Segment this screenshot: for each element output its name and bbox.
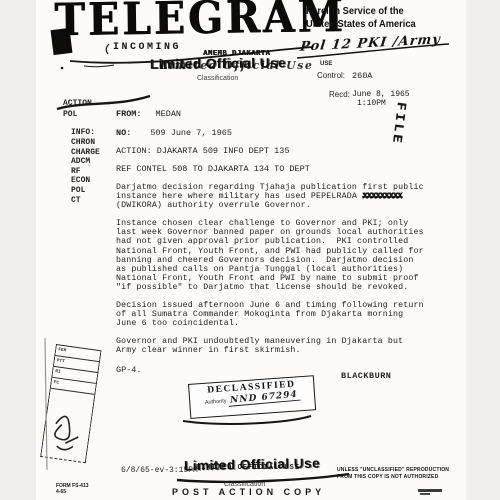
paragraph-4: Governor and PKI undoubtedly maneuvering… [116, 337, 441, 355]
number-row: NO:509 June 7, 1965 [116, 128, 232, 138]
incoming-label: INCOMING [113, 42, 181, 53]
from-row: FROM:MEDAN [116, 109, 181, 119]
received-date: June 8, 1965 [352, 90, 410, 99]
routing-action-label: ACTION [63, 99, 92, 109]
paragraph-3: Decision issued afternoon June 6 and tim… [116, 301, 441, 329]
reproduction-notice: UNLESS "UNCLASSIFIED" REPRODUCTION FROM … [337, 467, 449, 480]
from-value: MEDAN [156, 109, 182, 119]
received-time: 1:10PM [357, 99, 386, 108]
routing-grid-stamp: FEM PTT RI FC [40, 344, 101, 463]
file-annotation: FILE [389, 101, 409, 146]
reference-line: REF CONTEL 508 TO DJAKARTA 134 TO DEPT [116, 164, 310, 174]
from-label: FROM: [116, 109, 142, 119]
service-title: Foreign Service of the United States of … [306, 6, 446, 31]
service-line-1: Foreign Service of the [306, 6, 446, 19]
control-label: Control: [317, 71, 345, 80]
service-line-2: United States of America [306, 19, 446, 32]
handwritten-initials [42, 389, 93, 460]
post-action-copy-label: POST ACTION COPY [172, 487, 325, 497]
received-label: Recd: [329, 90, 350, 99]
control-number: 260A [352, 71, 372, 81]
action-routing-line: ACTION: DJAKARTA 509 INFO DEPT 135 [116, 146, 289, 156]
print-code-smudge [418, 489, 442, 492]
number-label: NO: [116, 128, 131, 138]
incoming-underline-stroke-2 [84, 65, 114, 67]
routing-info-label: INFO: [71, 128, 95, 138]
form-number-block: FORM FS-4134-65 [56, 484, 89, 495]
page-right-margin [466, 0, 500, 500]
paragraph-2: Instance chosen clear challenge to Gover… [116, 219, 441, 293]
gp-marking: GP-4. [116, 365, 142, 375]
ink-blot [51, 28, 73, 55]
routing-action-office: POL [63, 110, 77, 120]
form-revision: 4-65 [56, 489, 66, 495]
paragraph-1: Darjatmo decision regarding Tjahaja publ… [116, 183, 441, 211]
classification-echo: USE [320, 61, 332, 67]
classification-stamp: Limited Official Use [150, 55, 286, 71]
signature: BLACKBURN [341, 371, 391, 381]
page-left-margin [0, 0, 36, 500]
pen-dot [61, 67, 64, 70]
routing-info-offices: CHRON CHARGE ADCM RF ECON POL CT [71, 138, 100, 205]
number-value: 509 June 7, 1965 [150, 128, 232, 138]
classification-caption: Classification [197, 75, 238, 82]
declassified-stamp: DECLASSIFIED Authority NND 67294 [188, 375, 316, 419]
overstruck-word: XXXXXXXXX [362, 192, 401, 201]
print-code-smudge [420, 493, 430, 495]
footer-classification-stamp: Limited Official Use [184, 456, 320, 474]
paragraph-1-tail: (DWIKORA) authority overrule Governor. [116, 201, 311, 210]
authority-label: Authority [205, 398, 227, 406]
